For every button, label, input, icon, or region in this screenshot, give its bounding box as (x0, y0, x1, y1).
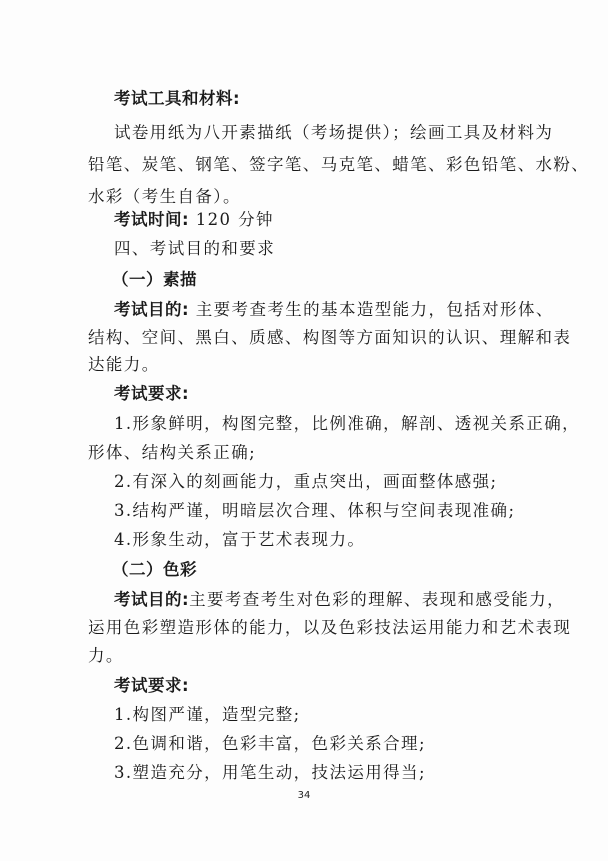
sketch-purpose: 考试目的: 主要考查考生的基本造型能力，包括对形体、 (114, 300, 554, 320)
color-requirement-1: 1.构图严谨，造型完整; (114, 705, 301, 725)
exam-time: 考试时间: 120 分钟 (114, 210, 274, 230)
color-purpose: 考试目的:主要考查考生对色彩的理解、表现和感受能力， (114, 590, 565, 610)
sketch-purpose-line-1: 主要考查考生的基本造型能力，包括对形体、 (189, 300, 554, 319)
exam-time-value: 120 分钟 (189, 210, 274, 229)
sketch-purpose-line-3: 达能力。 (88, 355, 160, 375)
tools-line-2: 铅笔、炭笔、钢笔、签字笔、马克笔、蜡笔、彩色铅笔、水粉、 (88, 155, 589, 175)
sketch-title: （一）素描 (112, 270, 197, 290)
color-purpose-line-1: 主要考查考生对色彩的理解、表现和感受能力， (189, 590, 565, 609)
tools-line-1: 试卷用纸为八开素描纸（考场提供）；绘画工具及材料为 (114, 123, 553, 143)
color-purpose-line-2: 运用色彩塑造形体的能力，以及色彩技法运用能力和艺术表现 (88, 618, 571, 638)
color-purpose-label: 考试目的: (114, 590, 189, 609)
page-number: 34 (0, 790, 608, 801)
sketch-purpose-label: 考试目的: (114, 300, 189, 319)
color-requirement-3: 3.塑造充分，用笔生动，技法运用得当; (114, 763, 426, 783)
color-requirement-2: 2.色调和谐，色彩丰富，色彩关系合理; (114, 734, 426, 754)
sketch-requirement-1-cont: 形体、结构关系正确; (88, 443, 256, 463)
tools-heading: 考试工具和材料: (114, 89, 240, 109)
section-four-title: 四、考试目的和要求 (114, 239, 275, 259)
document-page: 考试工具和材料: 试卷用纸为八开素描纸（考场提供）；绘画工具及材料为 铅笔、炭笔… (0, 0, 608, 861)
color-purpose-line-3: 力。 (88, 646, 124, 666)
sketch-requirement-4: 4.形象生动，富于艺术表现力。 (114, 530, 365, 550)
exam-time-label: 考试时间: (114, 210, 189, 229)
sketch-requirement-2: 2.有深入的刻画能力，重点突出，画面整体感强; (114, 472, 498, 492)
color-title: （二）色彩 (112, 560, 197, 580)
sketch-requirements-label: 考试要求: (114, 384, 189, 404)
sketch-requirement-3: 3.结构严谨，明暗层次合理、体积与空间表现准确; (114, 501, 515, 521)
tools-line-3: 水彩（考生自备）。 (88, 187, 241, 207)
sketch-purpose-line-2: 结构、空间、黑白、质感、构图等方面知识的认识、理解和表 (88, 328, 571, 348)
color-requirements-label: 考试要求: (114, 676, 189, 696)
sketch-requirement-1: 1.形象鲜明，构图完整，比例准确，解剖、透视关系正确， (114, 414, 580, 434)
